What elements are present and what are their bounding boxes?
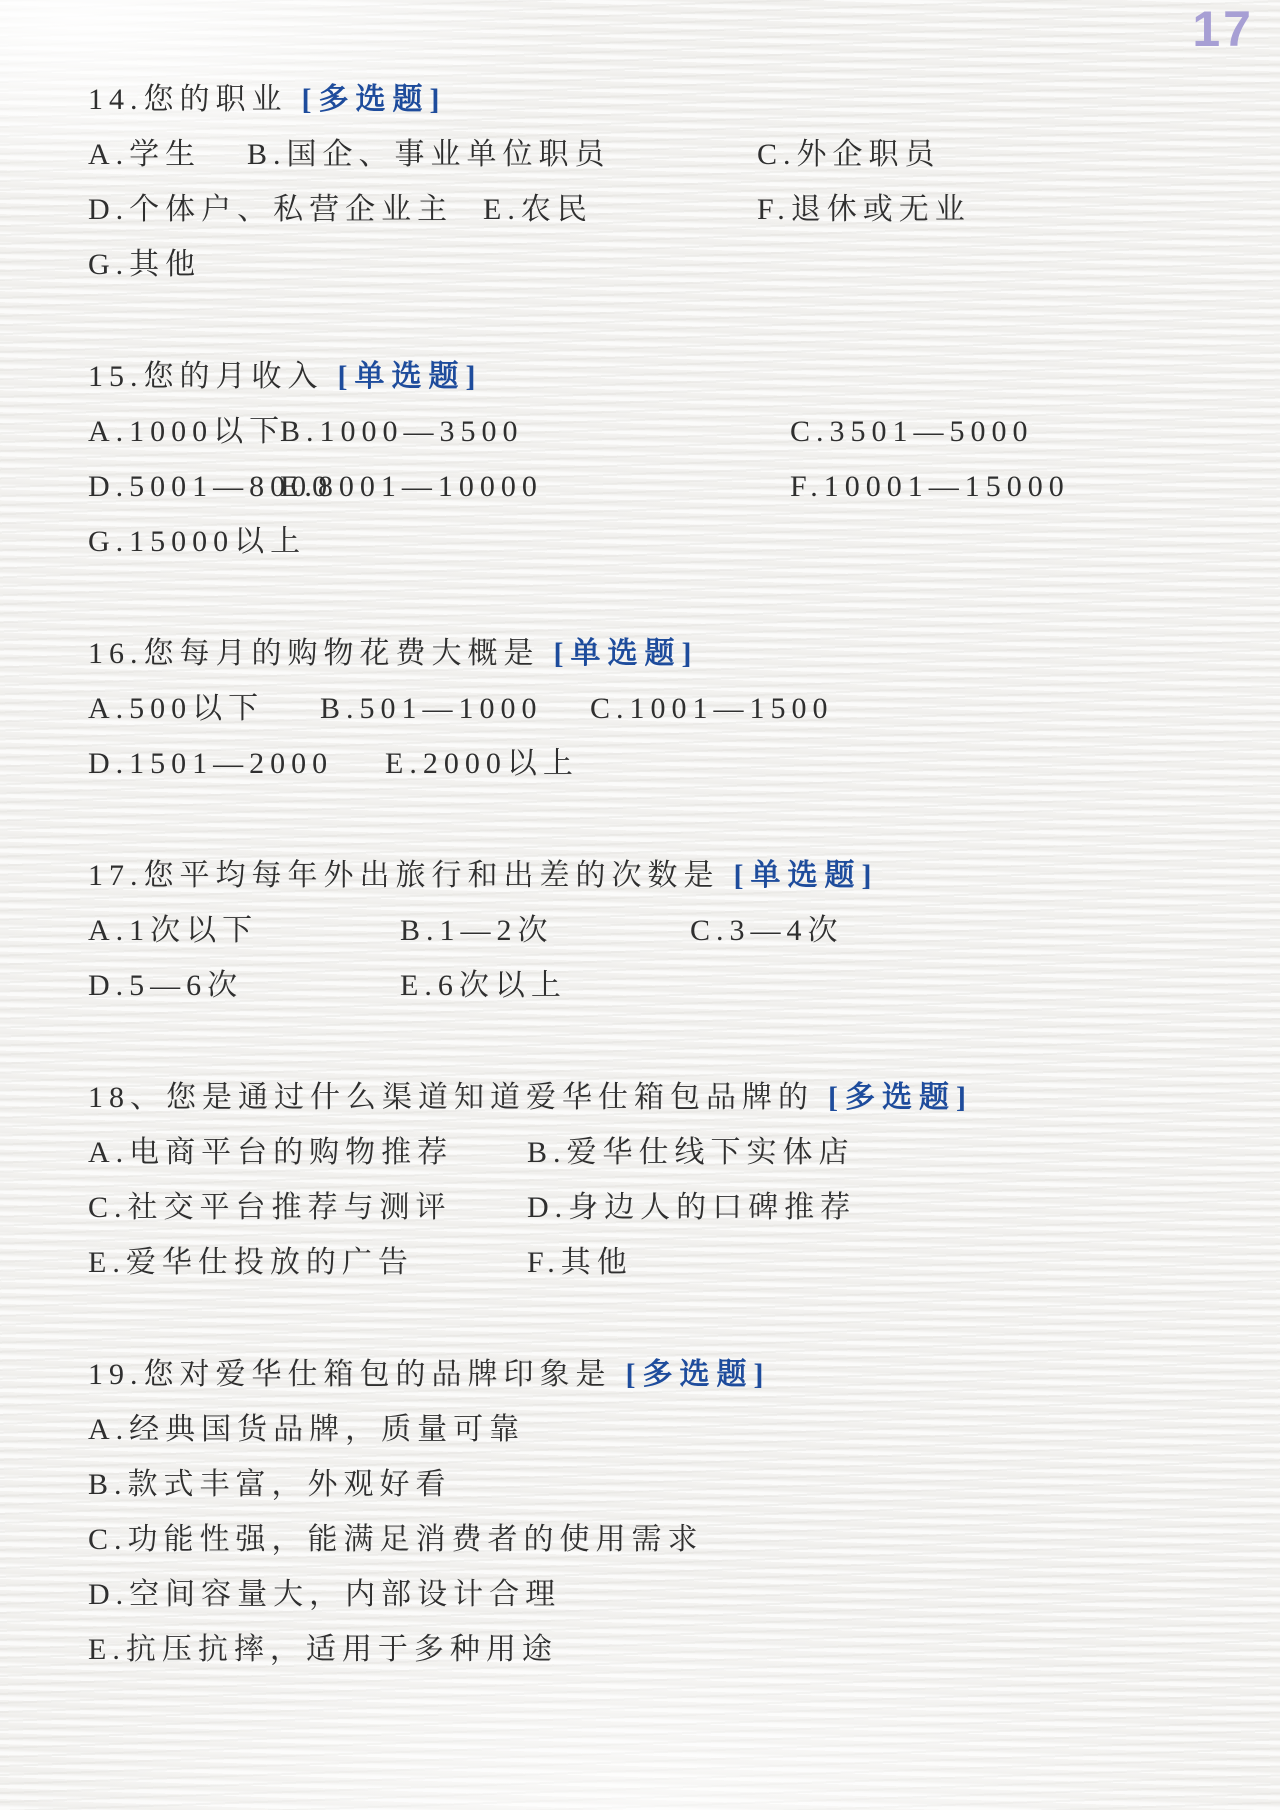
option-18-e: E.爱华仕投放的广告 [88,1235,414,1290]
questionnaire-page: 14.您的职业[多选题] A.学生 B.国企、事业单位职员 C.外企职员 D.个… [0,72,1280,1734]
option-19-a: A.经典国货品牌，质量可靠 [88,1402,525,1457]
option-14-g: G.其他 [88,237,201,292]
question-18-option-line-2: C.社交平台推荐与测评 D.身边人的口碑推荐 [0,1180,1280,1235]
question-18: 18、您是通过什么渠道知道爱华仕箱包品牌的[多选题] A.电商平台的购物推荐 B… [0,1070,1280,1290]
question-14-title-text: 14.您的职业 [88,83,288,116]
page-number: 17 [1192,0,1254,58]
question-19-type-tag: [多选题] [626,1358,771,1391]
question-19-title-text: 19.您对爱华仕箱包的品牌印象是 [88,1358,612,1391]
question-19-option-line-5: E.抗压抗摔，适用于多种用途 [0,1622,1280,1677]
question-19-option-line-4: D.空间容量大，内部设计合理 [0,1567,1280,1622]
option-19-c: C.功能性强，能满足消费者的使用需求 [88,1512,704,1567]
option-17-c: C.3—4次 [690,903,844,958]
question-14-title: 14.您的职业[多选题] [0,72,1280,127]
question-16-title: 16.您每月的购物花费大概是[单选题] [0,626,1280,681]
question-17-option-line-2: D.5—6次 E.6次以上 [0,958,1280,1013]
question-15: 15.您的月收入[单选题] A.1000以下 B.1000—3500 C.350… [0,349,1280,569]
question-18-option-line-1: A.电商平台的购物推荐 B.爱华仕线下实体店 [0,1125,1280,1180]
question-14-option-line-1: A.学生 B.国企、事业单位职员 C.外企职员 [0,127,1280,182]
question-17-title: 17.您平均每年外出旅行和出差的次数是[单选题] [0,848,1280,903]
question-19-option-line-1: A.经典国货品牌，质量可靠 [0,1402,1280,1457]
option-18-a: A.电商平台的购物推荐 [88,1125,453,1180]
question-14-type-tag: [多选题] [302,83,447,116]
question-17-title-text: 17.您平均每年外出旅行和出差的次数是 [88,859,720,892]
option-15-f: F.10001—15000 [790,459,1070,514]
option-14-f: F.退休或无业 [757,182,971,237]
question-16: 16.您每月的购物花费大概是[单选题] A.500以下 B.501—1000 C… [0,626,1280,791]
option-18-d: D.身边人的口碑推荐 [527,1180,856,1235]
question-14-option-line-3: G.其他 [0,237,1280,292]
option-15-e: E.8001—10000 [280,459,543,514]
question-19-option-line-2: B.款式丰富，外观好看 [0,1457,1280,1512]
option-19-e: E.抗压抗摔，适用于多种用途 [88,1622,558,1677]
option-16-d: D.1501—2000 [88,736,333,791]
question-17-option-line-1: A.1次以下 B.1—2次 C.3—4次 [0,903,1280,958]
question-17: 17.您平均每年外出旅行和出差的次数是[单选题] A.1次以下 B.1—2次 C… [0,848,1280,1013]
option-14-b: B.国企、事业单位职员 [247,127,611,182]
question-15-title-text: 15.您的月收入 [88,360,324,393]
option-16-c: C.1001—1500 [590,681,834,736]
question-15-option-line-3: G.15000以上 [0,514,1280,569]
option-17-b: B.1—2次 [400,903,554,958]
question-19-title: 19.您对爱华仕箱包的品牌印象是[多选题] [0,1347,1280,1402]
option-14-d: D.个体户、私营企业主 [88,182,453,237]
question-15-type-tag: [单选题] [338,360,483,393]
question-16-type-tag: [单选题] [554,637,699,670]
question-15-option-line-1: A.1000以下 B.1000—3500 C.3501—5000 [0,404,1280,459]
question-16-title-text: 16.您每月的购物花费大概是 [88,637,540,670]
question-15-title: 15.您的月收入[单选题] [0,349,1280,404]
question-18-type-tag: [多选题] [828,1081,973,1114]
option-15-g: G.15000以上 [88,514,306,569]
question-17-type-tag: [单选题] [734,859,879,892]
question-14: 14.您的职业[多选题] A.学生 B.国企、事业单位职员 C.外企职员 D.个… [0,72,1280,292]
question-18-title: 18、您是通过什么渠道知道爱华仕箱包品牌的[多选题] [0,1070,1280,1125]
option-14-a: A.学生 [88,127,201,182]
option-18-c: C.社交平台推荐与测评 [88,1180,452,1235]
question-16-option-line-1: A.500以下 B.501—1000 C.1001—1500 [0,681,1280,736]
option-16-b: B.501—1000 [320,681,543,736]
option-17-a: A.1次以下 [88,903,258,958]
option-15-c: C.3501—5000 [790,404,1034,459]
question-19: 19.您对爱华仕箱包的品牌印象是[多选题] A.经典国货品牌，质量可靠 B.款式… [0,1347,1280,1677]
option-15-b: B.1000—3500 [280,404,524,459]
option-18-f: F.其他 [527,1235,633,1290]
question-15-option-line-2: D.5001—8000 E.8001—10000 F.10001—15000 [0,459,1280,514]
option-19-b: B.款式丰富，外观好看 [88,1457,452,1512]
option-19-d: D.空间容量大，内部设计合理 [88,1567,561,1622]
question-16-option-line-2: D.1501—2000 E.2000以上 [0,736,1280,791]
option-14-c: C.外企职员 [757,127,941,182]
option-17-d: D.5—6次 [88,958,243,1013]
option-16-a: A.500以下 [88,681,264,736]
option-17-e: E.6次以上 [400,958,567,1013]
question-19-option-line-3: C.功能性强，能满足消费者的使用需求 [0,1512,1280,1567]
option-16-e: E.2000以上 [385,736,579,791]
question-14-option-line-2: D.个体户、私营企业主 E.农民 F.退休或无业 [0,182,1280,237]
question-18-option-line-3: E.爱华仕投放的广告 F.其他 [0,1235,1280,1290]
option-18-b: B.爱华仕线下实体店 [527,1125,855,1180]
option-14-e: E.农民 [483,182,593,237]
question-18-title-text: 18、您是通过什么渠道知道爱华仕箱包品牌的 [88,1081,814,1114]
option-15-a: A.1000以下 [88,404,285,459]
